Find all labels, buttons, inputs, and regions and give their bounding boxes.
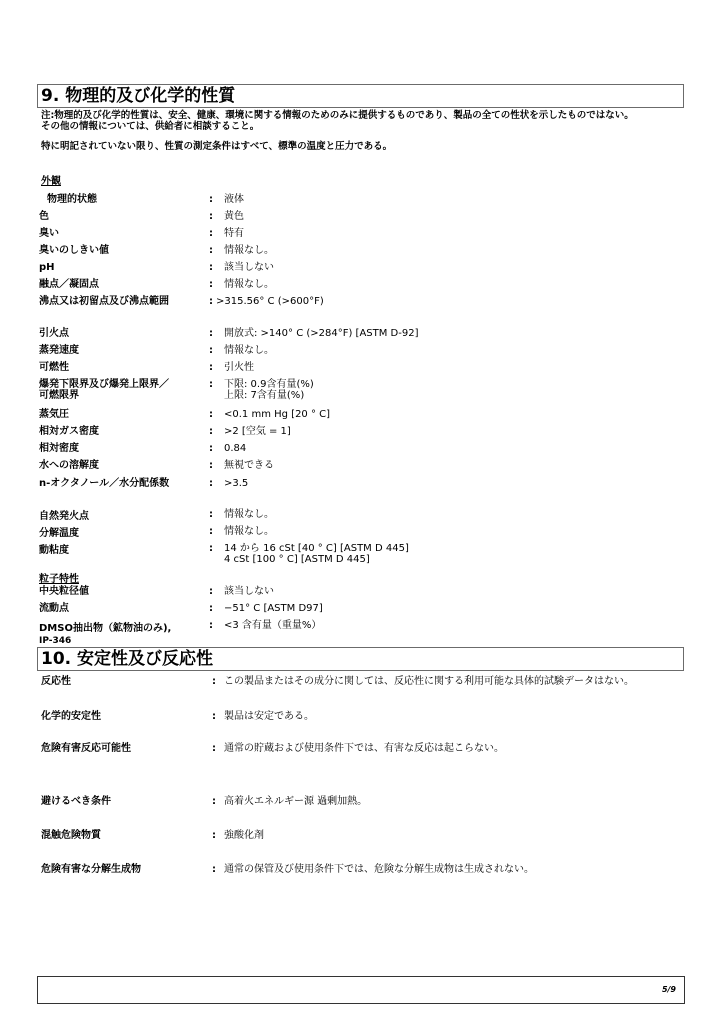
row-label: DMSO抽出物（鉱物油のみ), bbox=[39, 623, 171, 635]
colon: : bbox=[209, 478, 213, 490]
colon: : bbox=[209, 409, 213, 421]
row-value: 0.84 bbox=[224, 443, 246, 455]
colon: : bbox=[209, 426, 213, 438]
colon: : bbox=[209, 279, 213, 291]
colon: : bbox=[212, 796, 216, 808]
row-label: 相対ガス密度 bbox=[39, 426, 99, 438]
row-label: 色 bbox=[39, 211, 49, 223]
row-label: 臭いのしきい値 bbox=[39, 245, 109, 257]
section-9-title-text: 9. 物理的及び化学的性質 bbox=[41, 86, 235, 106]
colon: : bbox=[212, 743, 216, 755]
colon: : bbox=[209, 586, 213, 598]
row-value-cont: 4 cSt [100 ° C] [ASTM D 445] bbox=[224, 554, 370, 566]
row-label: 動粘度 bbox=[39, 545, 69, 557]
colon: : bbox=[209, 262, 213, 274]
row-value: 液体 bbox=[224, 194, 244, 206]
row-value: <3 含有量（重量%） bbox=[224, 620, 321, 632]
row-label: pH bbox=[39, 262, 55, 274]
row-label: 水への溶解度 bbox=[39, 460, 99, 472]
colon: : bbox=[212, 830, 216, 842]
colon: : bbox=[209, 379, 213, 391]
row-value: 製品は安定である。 bbox=[224, 711, 314, 723]
colon: : bbox=[209, 443, 213, 455]
row-value: 情報なし。 bbox=[224, 509, 274, 521]
row-label: 物理的状態 bbox=[47, 194, 97, 206]
colon: : bbox=[209, 211, 213, 223]
particle-heading: 粒子特性 bbox=[39, 574, 79, 586]
row-label: 流動点 bbox=[39, 603, 69, 615]
note-line-1: 注:物理的及び化学的性質は、安全、健康、環境に関する情報のためのみに提供するもの… bbox=[41, 110, 634, 121]
row-value: この製品またはその成分に関しては、反応性に関する利用可能な具体的試験データはない… bbox=[224, 676, 634, 688]
page-footer: 5/9 bbox=[37, 976, 685, 1004]
row-label: 蒸発速度 bbox=[39, 345, 79, 357]
row-value: 該当しない bbox=[224, 586, 274, 598]
colon: : bbox=[209, 620, 213, 632]
colon: : bbox=[209, 509, 213, 521]
row-label: 沸点又は初留点及び沸点範囲 bbox=[39, 296, 169, 308]
row-value: 情報なし。 bbox=[224, 279, 274, 291]
row-value: 高着火エネルギー源 過剰加熱。 bbox=[224, 796, 367, 808]
row-value: 黄色 bbox=[224, 211, 244, 223]
row-value: 無視できる bbox=[224, 460, 274, 472]
colon: : bbox=[209, 362, 213, 374]
row-value: 開放式: >140° C (>284°F) [ASTM D-92] bbox=[224, 328, 419, 340]
row-value: 該当しない bbox=[224, 262, 274, 274]
section-10-title-text: 10. 安定性及び反応性 bbox=[41, 649, 213, 669]
colon: : bbox=[209, 603, 213, 615]
row-value: 引火性 bbox=[224, 362, 254, 374]
colon: : bbox=[212, 711, 216, 723]
row-label: 危険有害な分解生成物 bbox=[41, 864, 141, 876]
row-label: 分解温度 bbox=[39, 528, 79, 540]
row-label-cont: 可燃限界 bbox=[39, 390, 79, 402]
row-label: 中央粒径値 bbox=[39, 586, 89, 598]
row-label: 融点／凝固点 bbox=[39, 279, 99, 291]
colon: : bbox=[209, 328, 213, 340]
row-value: −51° C [ASTM D97] bbox=[224, 603, 323, 615]
colon: : bbox=[209, 194, 213, 206]
row-label: 蒸気圧 bbox=[39, 409, 69, 421]
row-label: 自然発火点 bbox=[39, 511, 89, 523]
row-label: 危険有害反応可能性 bbox=[41, 743, 131, 755]
row-value: 情報なし。 bbox=[224, 526, 274, 538]
note-line-2: その他の情報については、供給者に相談すること。 bbox=[41, 121, 259, 132]
row-value: <0.1 mm Hg [20 ° C] bbox=[224, 409, 330, 421]
row-label-cont: IP-346 bbox=[39, 635, 71, 647]
colon: : bbox=[209, 526, 213, 538]
row-value: 情報なし。 bbox=[224, 345, 274, 357]
row-label: 引火点 bbox=[39, 328, 69, 340]
row-label: 可燃性 bbox=[39, 362, 69, 374]
row-label: 相対密度 bbox=[39, 443, 79, 455]
row-value: >315.56° C (>600°F) bbox=[216, 296, 324, 308]
row-label: n-オクタノール／水分配係数 bbox=[39, 478, 169, 490]
row-label: 避けるべき条件 bbox=[41, 796, 111, 808]
row-label: 臭い bbox=[39, 228, 59, 240]
colon: : bbox=[212, 864, 216, 876]
colon: : bbox=[212, 676, 216, 688]
colon: : bbox=[209, 543, 213, 555]
row-label: 化学的安定性 bbox=[41, 711, 101, 723]
row-value: >2 [空気 = 1] bbox=[224, 426, 291, 438]
conditions-note: 特に明記されていない限り、性質の測定条件はすべて、標準の温度と圧力である。 bbox=[41, 141, 392, 152]
colon: : bbox=[209, 245, 213, 257]
row-value: 特有 bbox=[224, 228, 244, 240]
row-label: 混触危険物質 bbox=[41, 830, 101, 842]
row-value: 通常の貯蔵および使用条件下では、有害な反応は起こらない。 bbox=[224, 743, 504, 755]
row-value: >3.5 bbox=[224, 478, 248, 490]
colon: : bbox=[209, 460, 213, 472]
colon: : bbox=[209, 228, 213, 240]
colon: : bbox=[209, 296, 213, 308]
row-value: 強酸化剤 bbox=[224, 830, 264, 842]
colon: : bbox=[209, 345, 213, 357]
section-10-title: 10. 安定性及び反応性 bbox=[37, 647, 684, 671]
section-9-title: 9. 物理的及び化学的性質 bbox=[37, 84, 684, 108]
row-value-cont: 上限: 7含有量(%) bbox=[224, 390, 304, 402]
row-value: 情報なし。 bbox=[224, 245, 274, 257]
appearance-heading: 外観 bbox=[41, 176, 61, 188]
row-value: 通常の保管及び使用条件下では、危険な分解生成物は生成されない。 bbox=[224, 864, 534, 876]
page-number: 5/9 bbox=[662, 985, 676, 994]
row-label: 反応性 bbox=[41, 676, 71, 688]
